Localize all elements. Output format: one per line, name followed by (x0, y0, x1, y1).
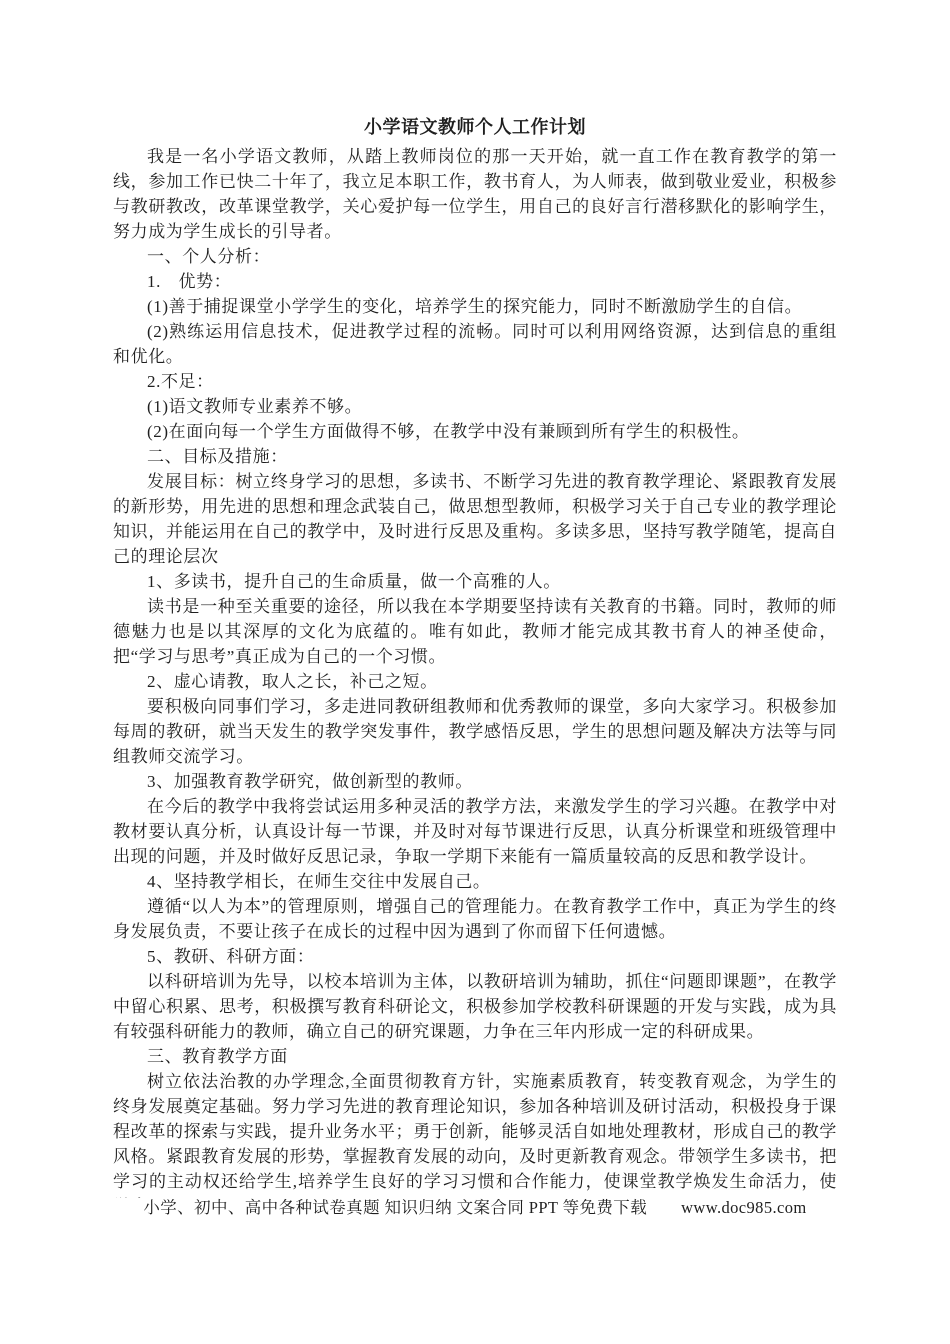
paragraph: 在今后的教学中我将尝试运用多种灵活的教学方法，来激发学生的学习兴趣。在教学中对教… (113, 794, 837, 869)
footer-site-url: www.doc985.com (681, 1196, 807, 1220)
paragraph: 5、教研、科研方面： (113, 944, 837, 969)
paragraph: (2)在面向每一个学生方面做得不够，在教学中没有兼顾到所有学生的积极性。 (113, 419, 837, 444)
paragraph: (1)善于捕捉课堂小学学生的变化，培养学生的探究能力，同时不断激励学生的自信。 (113, 294, 837, 319)
footer-promo-text: 小学、初中、高中各种试卷真题 知识归纳 文案合同 PPT 等免费下载 (143, 1198, 647, 1217)
paragraph: 我是一名小学语文教师，从踏上教师岗位的那一天开始，就一直工作在教育教学的第一线，… (113, 144, 837, 244)
paragraph: 发展目标：树立终身学习的思想，多读书、不断学习先进的教育教学理论、紧跟教育发展的… (113, 469, 837, 569)
page-footer: 小学、初中、高中各种试卷真题 知识归纳 文案合同 PPT 等免费下载www.do… (0, 1196, 950, 1220)
paragraph: 一、个人分析： (113, 244, 837, 269)
paragraph: 1. 优势： (113, 269, 837, 294)
paragraph: 读书是一种至关重要的途径，所以我在本学期要坚持读有关教育的书籍。同时，教师的师德… (113, 594, 837, 669)
paragraph: 二、目标及措施： (113, 444, 837, 469)
paragraph: 2.不足： (113, 369, 837, 394)
paragraph: 以科研培训为先导，以校本培训为主体，以教研培训为辅助，抓住“问题即课题”，在教学… (113, 969, 837, 1044)
paragraph: (1)语文教师专业素养不够。 (113, 394, 837, 419)
page-title: 小学语文教师个人工作计划 (113, 114, 837, 140)
paragraph: 树立依法治教的办学理念,全面贯彻教育方针，实施素质教育，转变教育观念，为学生的终… (113, 1069, 837, 1198)
paragraph: 4、坚持教学相长，在师生交往中发展自己。 (113, 869, 837, 894)
paragraph: 三、教育教学方面 (113, 1044, 837, 1069)
paragraph: 遵循“以人为本”的管理原则，增强自己的管理能力。在教育教学工作中，真正为学生的终… (113, 894, 837, 944)
paragraph: (2)熟练运用信息技术，促进教学过程的流畅。同时可以利用网络资源，达到信息的重组… (113, 319, 837, 369)
paragraph: 1、多读书，提升自己的生命质量，做一个高雅的人。 (113, 569, 837, 594)
paragraph: 2、虚心请教，取人之长，补己之短。 (113, 669, 837, 694)
paragraph: 要积极向同事们学习，多走进同教研组教师和优秀教师的课堂，多向大家学习。积极参加每… (113, 694, 837, 769)
document-page: 小学语文教师个人工作计划 我是一名小学语文教师，从踏上教师岗位的那一天开始，就一… (0, 0, 950, 1344)
document-body: 我是一名小学语文教师，从踏上教师岗位的那一天开始，就一直工作在教育教学的第一线，… (113, 144, 837, 1198)
paragraph: 3、加强教育教学研究，做创新型的教师。 (113, 769, 837, 794)
